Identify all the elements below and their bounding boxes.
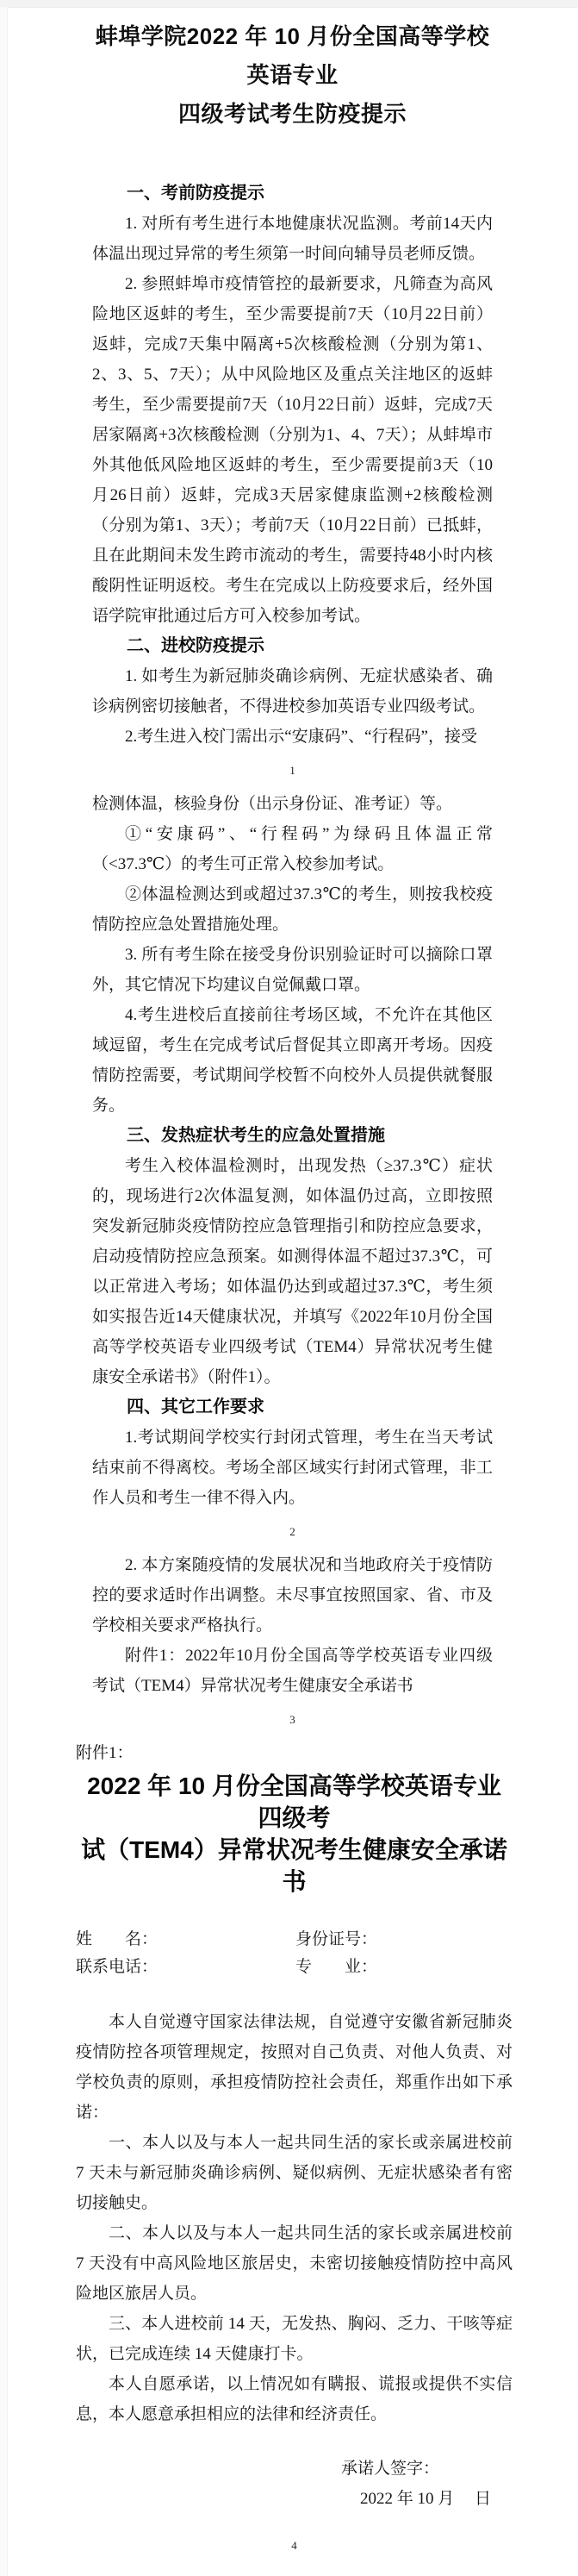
paragraph: 4.考生进校后直接前往考场区域，不允许在其他区域逗留，考生在完成考试后督促其立即…: [92, 1000, 493, 1121]
section-heading: 四、其它工作要求: [92, 1392, 493, 1422]
paragraph: 本人自愿承诺，以上情况如有瞒报、谎报或提供不实信息，本人愿意承担相应的法律和经济…: [76, 2369, 513, 2429]
notice-title: 蚌埠学院2022 年 10 月份全国高等学校英语专业 四级考试考生防疫提示: [92, 17, 493, 134]
paragraph-continuation: 检测体温，核验身份（出示身份证、准考证）等。: [92, 789, 493, 819]
attachment-title-line-2: 试（TEM4）异常状况考生健康安全承诺书: [76, 1834, 513, 1898]
paragraph: ①“安康码”、“行程码”为绿码且体温正常（<37.3℃）的考生可正常入校参加考试…: [92, 819, 493, 879]
paragraph: 一、本人以及与本人一起共同生活的家长或亲属进校前 7 天未与新冠肺炎确诊病例、疑…: [76, 2128, 513, 2218]
phone-field-label: 联系电话：: [76, 1954, 295, 1981]
page-number: 3: [92, 1709, 493, 1730]
page-number: 2: [92, 1521, 493, 1542]
form-row-1: 姓 名： 身份证号：: [76, 1926, 513, 1954]
paragraph: 二、本人以及与本人一起共同生活的家长或亲属进校前 7 天没有中高风险地区旅居史，…: [76, 2218, 513, 2309]
attachment-body: 本人自觉遵守国家法律法规，自觉遵守安徽省新冠肺炎疫情防控各项管理规定，按照对自己…: [76, 2007, 513, 2429]
notice-document: 蚌埠学院2022 年 10 月份全国高等学校英语专业 四级考试考生防疫提示 一、…: [0, 0, 578, 1730]
section-heading: 二、进校防疫提示: [92, 631, 493, 661]
page-number: 1: [92, 760, 493, 781]
paragraph: 考生入校体温检测时，出现发热（≥37.3℃）症状的，现场进行2次体温复测，如体温…: [92, 1151, 493, 1392]
pledge-form: 姓 名： 身份证号： 联系电话： 专 业：: [76, 1926, 513, 1981]
paragraph: 本人自觉遵守国家法律法规，自觉遵守安徽省新冠肺炎疫情防控各项管理规定，按照对自己…: [76, 2007, 513, 2128]
attachment-title: 2022 年 10 月份全国高等学校英语专业四级考 试（TEM4）异常状况考生健…: [76, 1770, 513, 1898]
attachment-document: 附件1： 2022 年 10 月份全国高等学校英语专业四级考 试（TEM4）异常…: [0, 1738, 578, 2576]
paragraph: 2. 本方案随疫情的发展状况和当地政府关于疫情防控的要求适时作出调整。未尽事宜按…: [92, 1550, 493, 1641]
notice-title-line-2: 四级考试考生防疫提示: [92, 95, 493, 134]
paragraph: 1.考试期间学校实行封闭式管理，考生在当天考试结束前不得离校。考场全部区域实行封…: [92, 1422, 493, 1513]
paragraph: 1. 如考生为新冠肺炎确诊病例、无症状感染者、确诊病例密切接触者，不得进校参加英…: [92, 661, 493, 722]
section-heading: 三、发热症状考生的应急处置措施: [92, 1121, 493, 1151]
notice-title-line-1: 蚌埠学院2022 年 10 月份全国高等学校英语专业: [92, 17, 493, 95]
paragraph: 1. 对所有考生进行本地健康状况监测。考前14天内体温出现过异常的考生须第一时间…: [92, 209, 493, 269]
signature-block: 承诺人签字： 2022 年 10 月 日: [76, 2454, 513, 2514]
paragraph: 三、本人进校前 14 天，无发热、胸闷、乏力、干咳等症状，已完成连续 14 天健…: [76, 2309, 513, 2369]
paragraph: 2. 参照蚌埠市疫情管控的最新要求，凡筛查为高风险地区返蚌的考生，至少需要提前7…: [92, 269, 493, 631]
paragraph: 2.考生进入校门需出示“安康码”、“行程码”，接受: [92, 722, 493, 752]
page-number: 4: [76, 2535, 513, 2556]
major-field-label: 专 业：: [295, 1954, 513, 1981]
form-row-2: 联系电话： 专 业：: [76, 1954, 513, 1981]
id-field-label: 身份证号：: [295, 1926, 513, 1954]
attachment-label: 附件1：: [76, 1738, 513, 1768]
paragraph: ②体温检测达到或超过37.3℃的考生，则按我校疫情防控应急处置措施处理。: [92, 879, 493, 940]
signature-label: 承诺人签字：: [76, 2454, 513, 2484]
paragraph: 3. 所有考生除在接受身份识别验证时可以摘除口罩外，其它情况下均建议自觉佩戴口罩…: [92, 940, 493, 1000]
attachment-title-line-1: 2022 年 10 月份全国高等学校英语专业四级考: [76, 1770, 513, 1834]
notice-body: 一、考前防疫提示1. 对所有考生进行本地健康状况监测。考前14天内体温出现过异常…: [92, 178, 493, 1730]
section-heading: 一、考前防疫提示: [92, 178, 493, 209]
name-field-label: 姓 名：: [76, 1926, 295, 1954]
paragraph: 附件1：2022年10月份全国高等学校英语专业四级考试（TEM4）异常状况考生健…: [92, 1641, 493, 1701]
signature-date: 2022 年 10 月 日: [76, 2484, 513, 2514]
